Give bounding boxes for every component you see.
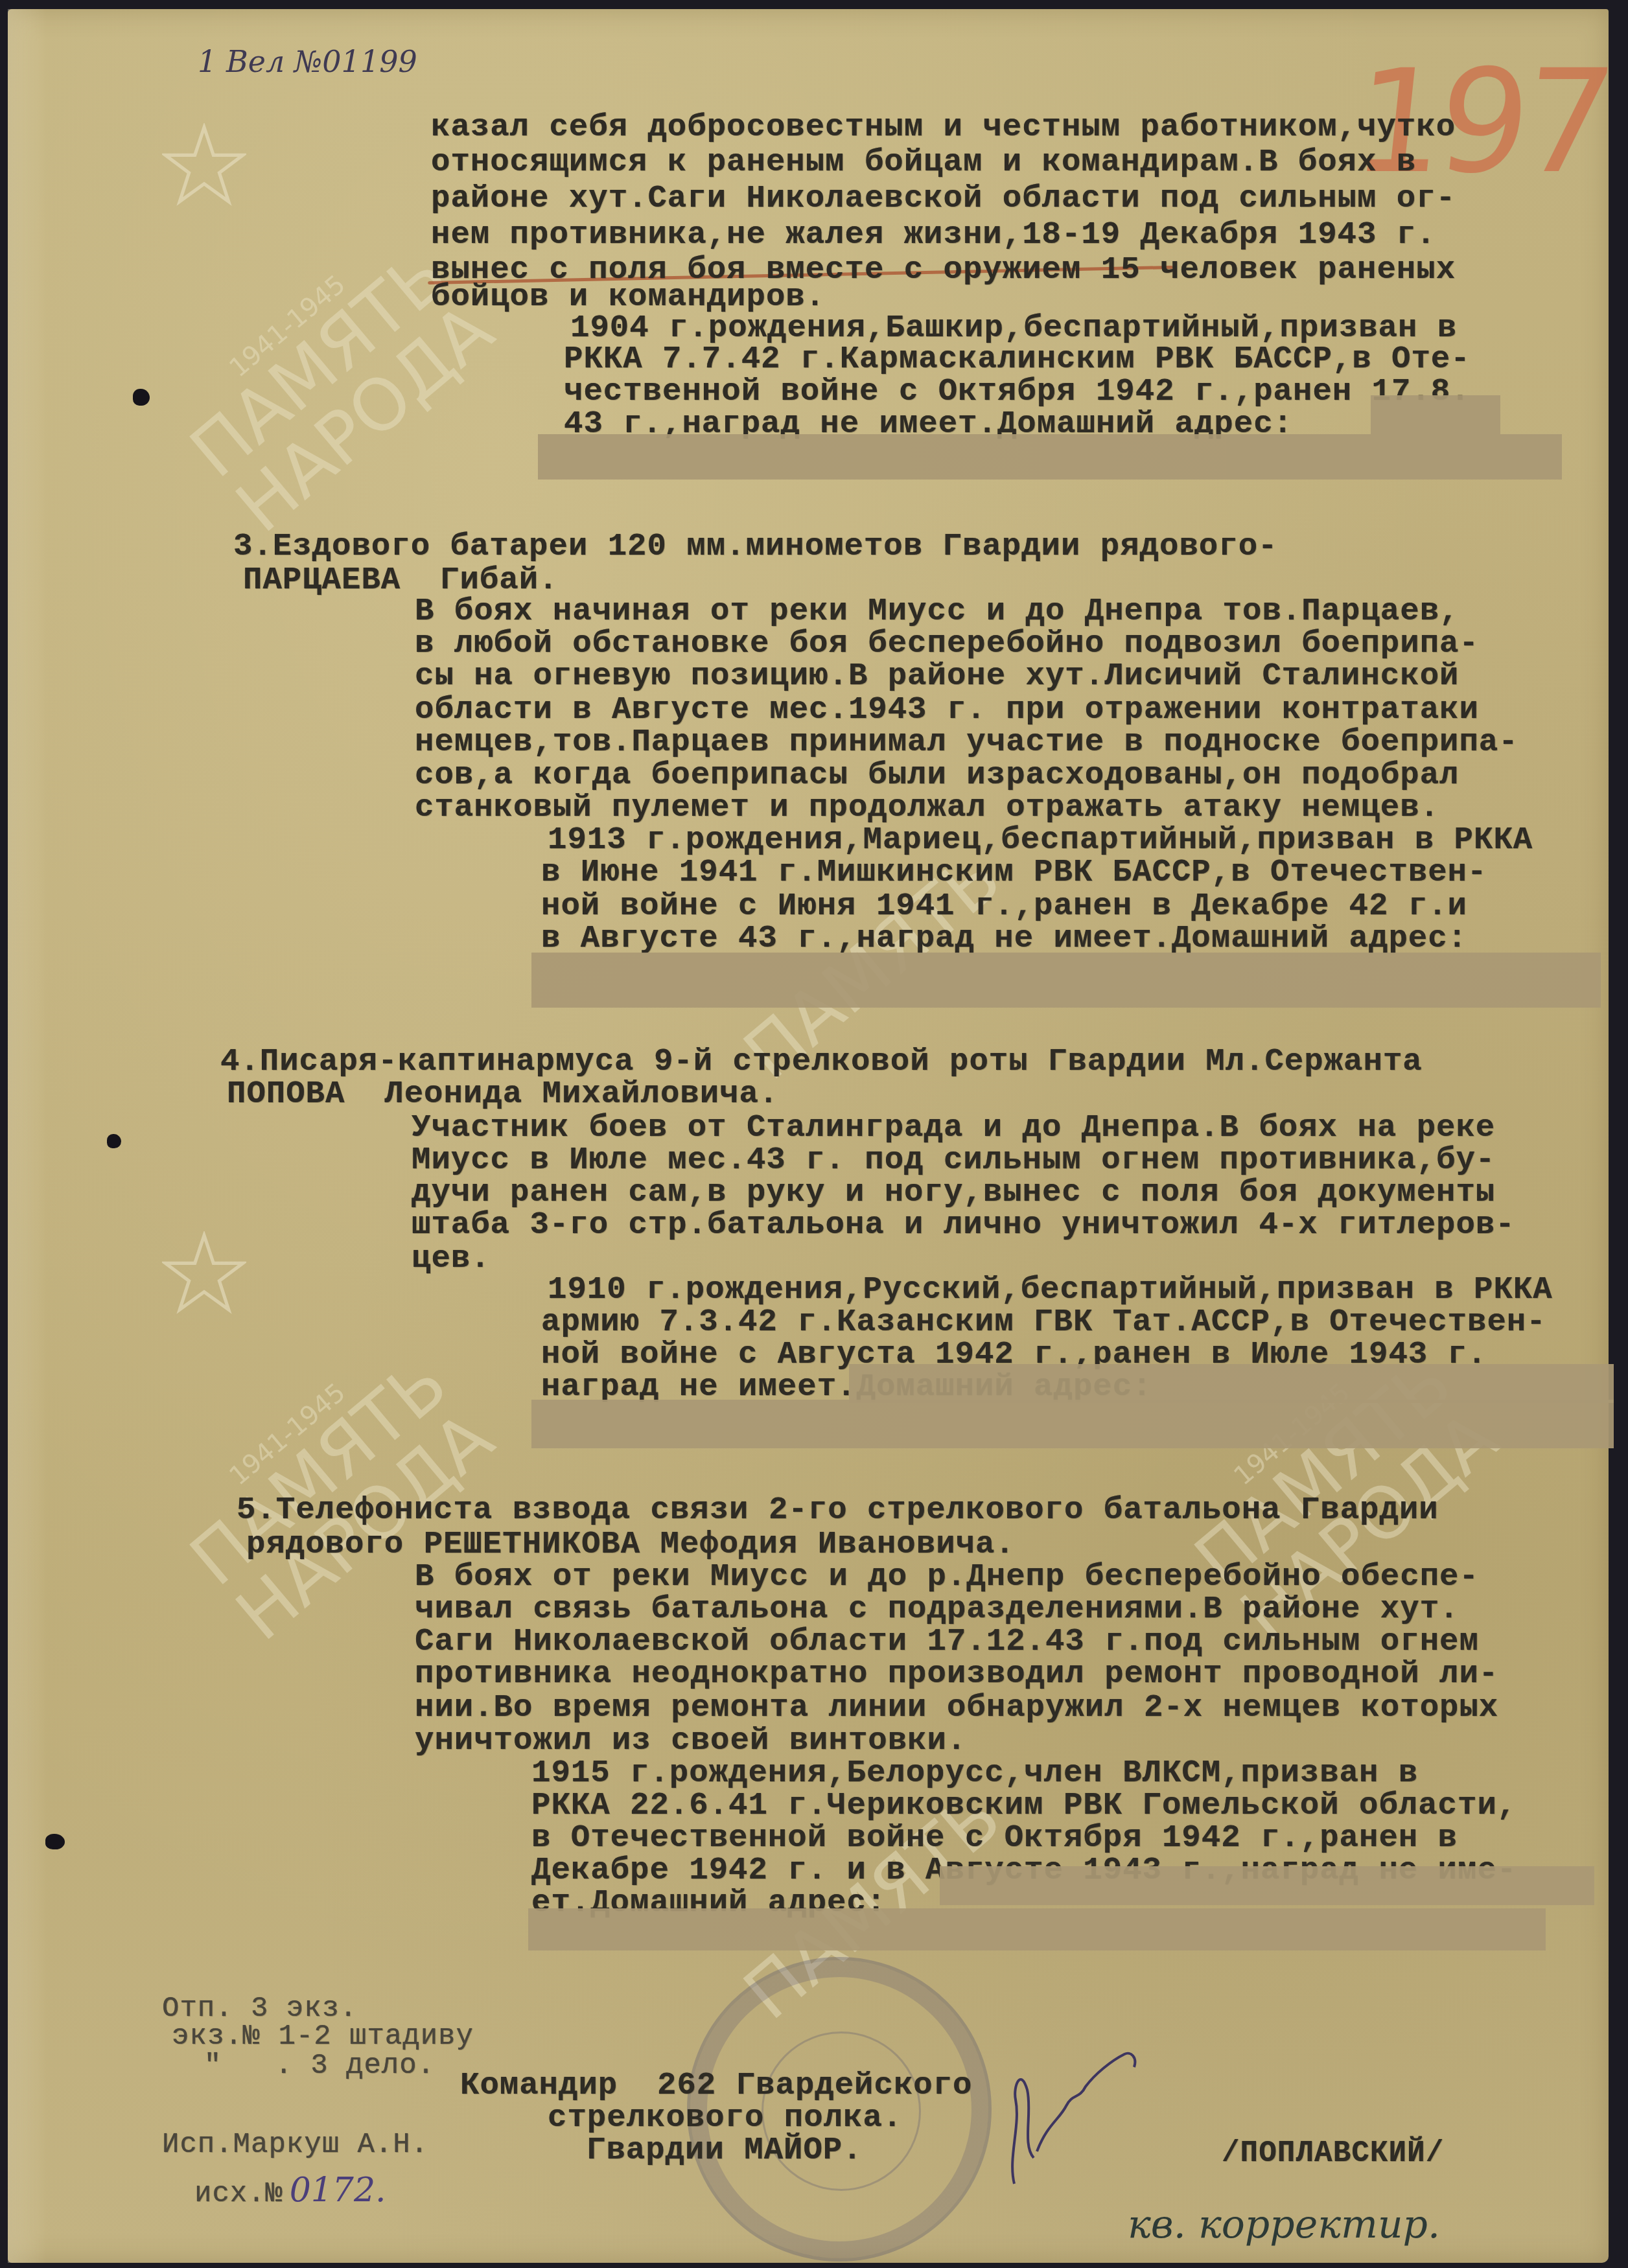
bio-line: 1910 г.рождения,Русский,беспартийный,при… [548,1271,1553,1308]
bio-line: в Августе 43 г.,наград не имеет.Домашний… [541,920,1467,956]
signature-title: стрелкового полка. [548,2100,902,2136]
entry-header: 3.Ездового батареи 120 мм.минометов Гвар… [233,528,1277,564]
text-line: чивал связь батальона с подразделениями.… [415,1591,1459,1627]
text-line: станковый пулемет и продолжал отражать а… [415,789,1439,826]
text-line: нии.Во время ремонта линии обнаружил 2-х… [415,1689,1498,1726]
text-line: нем противника,не жалея жизни,18-19 Дека… [431,216,1436,253]
entry-name: ПОПОВА Леонида Михайловича. [227,1076,778,1112]
signature-title: Командир 262 Гвардейского [460,2067,973,2103]
bio-line: армию 7.3.42 г.Казанским ГВК Тат.АССР,в … [541,1304,1546,1340]
text-line: штаба 3-го стр.батальона и лично уничтож… [412,1207,1515,1243]
bio-line: РККА 7.7.42 г.Кармаскалинским РВК БАССР,… [564,341,1471,377]
redacted-address [531,1400,1614,1448]
text-line: В боях начиная от реки Миусс и до Днепра… [415,593,1459,629]
text-line: цев. [412,1240,491,1277]
bio-line: ной войне с Июня 1941 г.,ранен в Декабре… [541,888,1467,924]
text-line: Саги Николаевской области 17.12.43 г.под… [415,1623,1479,1660]
handwritten-correction-note: кв. корректир. [1128,2202,1440,2247]
text-line: Миусс в Июле мес.43 г. под сильным огнем… [412,1142,1495,1178]
redacted-address [528,1908,1546,1950]
outgoing-label: исх.№ [194,2178,283,2210]
archive-reference: 1 Вел №01199 [198,44,417,79]
punch-hole [107,1134,121,1148]
text-line: в любой обстановке боя бесперебойно подв… [415,625,1479,662]
bio-line: в Отечественной войне с Октября 1942 г.,… [531,1820,1458,1856]
signature-title: Гвардии МАЙОР. [587,2132,863,2168]
entry-header: 5.Телефониста взвода связи 2-го стрелков… [237,1492,1439,1528]
executor: Исп.Маркуш А.Н. [162,2127,428,2163]
text-line: казал себя добросовестным и честным рабо… [431,109,1456,145]
punch-hole [45,1834,65,1849]
redacted-address [849,1364,1614,1403]
entry-name: рядового РЕШЕТНИКОВА Мефодия Ивановича. [246,1526,1015,1562]
redacted-address [940,1866,1594,1905]
text-line: сов,а когда боеприпасы были израсходован… [415,757,1459,793]
bio-line: РККА 22.6.41 г.Чериковским РВК Гомельско… [531,1787,1517,1823]
text-line: относящимся к раненым бойцам и командира… [431,144,1416,180]
text-line: Участник боев от Сталинграда и до Днепра… [412,1109,1495,1146]
text-line: уничтожил из своей винтовки. [415,1722,966,1759]
handwritten-signature [1001,2028,1170,2197]
text-line: районе хут.Саги Николаевской области под… [431,180,1456,216]
text-line: немцев,тов.Парцаев принимал участие в по… [415,724,1518,760]
text-line: сы на огневую позицию.В районе хут.Лисич… [415,658,1459,694]
bio-line: чественной войне с Октября 1942 г.,ранен… [564,373,1471,410]
copies-line: " . 3 дело. [169,2048,435,2084]
text-line: дучи ранен сам,в руку и ногу,вынес с пол… [412,1174,1495,1210]
text-line: области в Августе мес.1943 г. при отраже… [415,691,1479,728]
outgoing-handwritten-number: 0172. [290,2171,386,2210]
redacted-address [538,434,1562,480]
entry-header: 4.Писаря-каптинармуса 9-й стрелковой рот… [220,1043,1423,1080]
bio-line: 1915 г.рождения,Белорусс,член ВЛКСМ,приз… [531,1755,1418,1791]
bio-line: 1913 г.рождения,Мариец,беспартийный,приз… [548,822,1533,858]
signatory-name: /ПОПЛАВСКИЙ/ [1222,2135,1444,2171]
punch-hole [133,389,150,406]
paper-edge [8,9,47,2263]
bio-line: в Июне 1941 г.Мишкинским РВК БАССР,в Оте… [541,854,1487,890]
redacted-address [1371,395,1500,434]
text-line: В боях от реки Миусс и до р.Днепр беспер… [415,1558,1479,1595]
text-line: противника неоднократно производил ремон… [415,1656,1498,1692]
outgoing-number: исх.№ 0172. [194,2171,386,2212]
redacted-address [531,953,1601,1008]
